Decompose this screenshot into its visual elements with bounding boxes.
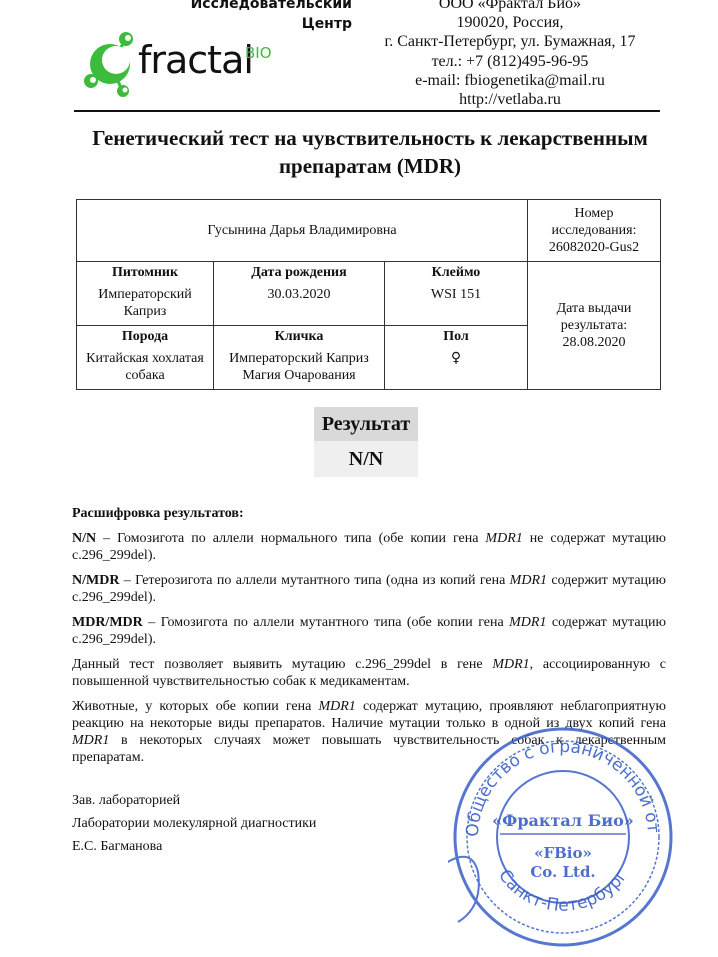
brand-cell: Клеймо WSI 151 [385, 262, 528, 326]
kennel-cell: Питомник Императорский Каприз [77, 262, 214, 326]
code: MDR/MDR [72, 615, 143, 630]
gene: MDR1 [485, 531, 522, 546]
kennel-value: Императорский Каприз [98, 287, 191, 319]
header-divider [74, 110, 660, 112]
sex-label: Пол [388, 328, 524, 345]
brand-label: Клеймо [388, 264, 524, 281]
study-number: 26082020-Gus2 [531, 239, 657, 256]
sex-cell: Пол ♀ [385, 326, 528, 390]
research-center-label: Исследовательский Центр [180, 0, 352, 34]
text: Данный тест позволяет выявить мутацию c.… [72, 657, 492, 672]
gene: MDR1 [492, 657, 529, 672]
result-label: Результат [314, 407, 418, 441]
signature-block: Зав. лабораторией Лаборатории молекулярн… [72, 789, 316, 858]
test-description: Данный тест позволяет выявить мутацию c.… [72, 656, 666, 690]
study-number-cell: Номер исследования: 26082020-Gus2 [528, 200, 661, 262]
company-stamp: Общество с ограниченной ответственностью… [448, 722, 678, 952]
issue-value: 28.08.2020 [531, 334, 657, 351]
breed-value: Китайская хохлатая собака [86, 351, 204, 383]
gene: MDR1 [318, 699, 355, 714]
issue-date-cell: Дата выдачи результата: 28.08.2020 [528, 262, 661, 390]
breed-label: Порода [80, 328, 210, 345]
stamp-company-ru: «Фрактал Био» [492, 811, 634, 830]
company-website: http://vetlaba.ru [360, 90, 660, 109]
stamp-company-short: «FBio» [534, 844, 592, 862]
company-address: г. Санкт-Петербург, ул. Бумажная, 17 [360, 32, 660, 51]
title-line-2: препаратам (MDR) [60, 152, 680, 180]
text: – Гомозигота по аллели мутантного типа (… [143, 615, 509, 630]
study-label: Номер исследования: [531, 205, 657, 239]
owner-name: Гусынина Дарья Владимировна [77, 200, 528, 262]
dog-name-value: Императорский Каприз Магия Очарования [229, 351, 369, 383]
breed-cell: Порода Китайская хохлатая собака [77, 326, 214, 390]
decoding-item-nn: N/N – Гомозигота по аллели нормального т… [72, 530, 666, 564]
patient-info-table: Гусынина Дарья Владимировна Номер исслед… [76, 199, 661, 390]
decoding-heading: Расшифровка результатов: [72, 506, 244, 521]
company-email: e-mail: fbiogenetika@mail.ru [360, 71, 660, 90]
birth-value: 30.03.2020 [268, 287, 331, 302]
company-postal: 190020, Россия, [360, 13, 660, 32]
center-line-1: Исследовательский [180, 0, 352, 14]
document-title: Генетический тест на чувствительность к … [60, 124, 680, 180]
company-name: ООО «Фрактал Био» [360, 0, 660, 13]
dog-name-label: Кличка [217, 328, 381, 345]
logo-superscript: BIO [245, 44, 272, 62]
gene: MDR1 [510, 573, 547, 588]
result-value: N/N [314, 441, 418, 477]
text: – Гетерозигота по аллели мутантного типа… [119, 573, 509, 588]
signature-title: Зав. лабораторией [72, 789, 316, 812]
gene: MDR1 [72, 733, 109, 748]
brand-value: WSI 151 [431, 287, 481, 302]
text: – Гомозигота по аллели нормального типа … [96, 531, 485, 546]
company-phone: тел.: +7 (812)495-96-95 [360, 52, 660, 71]
title-line-1: Генетический тест на чувствительность к … [60, 124, 680, 152]
signature-name: Е.С. Багманова [72, 835, 316, 858]
fractal-bio-logo: fractal BIO [82, 30, 282, 98]
decoding-item-mdrmdr: MDR/MDR – Гомозигота по аллели мутантног… [72, 614, 666, 648]
company-contacts: ООО «Фрактал Био» 190020, Россия, г. Сан… [360, 0, 660, 109]
female-icon: ♀ [451, 350, 461, 366]
stamp-company-ltd: Co. Ltd. [530, 863, 595, 881]
result-box: Результат N/N [314, 407, 418, 477]
code: N/MDR [72, 573, 119, 588]
birth-date-cell: Дата рождения 30.03.2020 [214, 262, 385, 326]
issue-label: Дата выдачи результата: [531, 300, 657, 334]
kennel-label: Питомник [80, 264, 210, 281]
code: N/N [72, 531, 96, 546]
birth-label: Дата рождения [217, 264, 381, 281]
text: Животные, у которых обе копии гена [72, 699, 318, 714]
molecule-icon [82, 30, 142, 98]
decoding-item-nmdr: N/MDR – Гетерозигота по аллели мутантног… [72, 572, 666, 606]
gene: MDR1 [509, 615, 546, 630]
signature-department: Лаборатории молекулярной диагностики [72, 812, 316, 835]
logo-text: fractal [138, 38, 253, 82]
dog-name-cell: Кличка Императорский Каприз Магия Очаров… [214, 326, 385, 390]
